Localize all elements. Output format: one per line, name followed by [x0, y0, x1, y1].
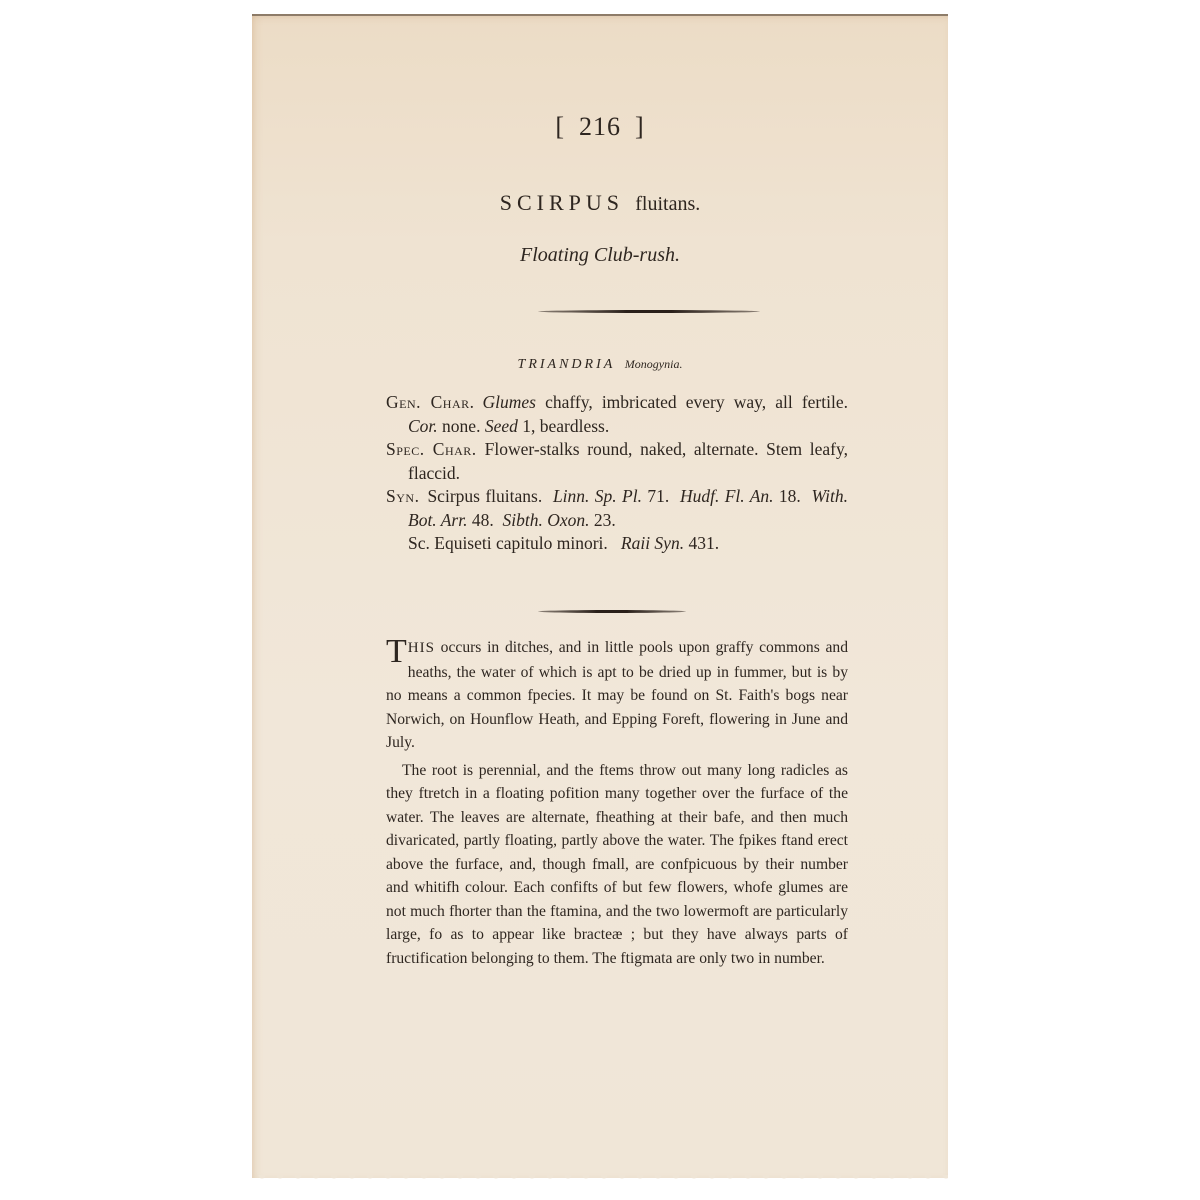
divider-rule — [538, 610, 686, 613]
paragraph-habitat: THIS occurs in ditches, and in little po… — [386, 636, 848, 755]
entry-label: Gen. Char. — [386, 392, 475, 412]
reference: Raii Syn. — [621, 533, 684, 553]
synonyms: Syn.Scirpus fluitans. Linn. Sp. Pl. 71. … — [386, 485, 848, 532]
page-number-value: 216 — [579, 112, 621, 141]
bracket-open: [ — [555, 112, 565, 141]
species-epithet: fluitans. — [635, 193, 700, 215]
bracket-close: ] — [635, 112, 645, 141]
description-text: THIS occurs in ditches, and in little po… — [386, 636, 848, 970]
generic-character: Gen. Char.Glumes chaffy, imbricated ever… — [386, 391, 848, 438]
reference: Hudf. Fl. An. — [680, 486, 774, 506]
entry-label: Syn. — [386, 486, 419, 506]
reference-number: 23. — [594, 510, 616, 530]
linnaean-classification: TRIANDRIA Monogynia. — [252, 357, 948, 373]
drop-cap: T — [386, 642, 407, 662]
divider-rule — [538, 310, 760, 313]
entry-text: none. — [438, 416, 485, 436]
reference-number: 71. — [647, 486, 669, 506]
reference-number: 48. — [472, 510, 494, 530]
book-page: [216] SCIRPUS fluitans. Floating Club-ru… — [252, 14, 948, 1178]
entry-label: Spec. Char. — [386, 439, 477, 459]
reference-number: 431. — [688, 533, 719, 553]
page-number: [216] — [252, 112, 948, 142]
order-name: Monogynia. — [625, 357, 683, 371]
genus-name: SCIRPUS — [500, 190, 624, 215]
entry-text: Scirpus fluitans. — [427, 486, 542, 506]
paragraph-text: occurs in ditches, and in little pools u… — [386, 639, 848, 751]
entry-text: Seed — [485, 416, 518, 436]
reference: Linn. Sp. Pl. — [553, 486, 642, 506]
common-name: Floating Club-rush. — [252, 244, 948, 267]
paragraph-description: The root is perennial, and the ftems thr… — [386, 759, 848, 971]
entry-text: Sc. Equiseti capitulo minori. — [408, 533, 608, 553]
botanical-entries: Gen. Char.Glumes chaffy, imbricated ever… — [386, 391, 848, 556]
entry-text: Cor. — [408, 416, 438, 436]
synonyms-continued: Sc. Equiseti capitulo minori. Raii Syn. … — [386, 532, 848, 556]
entry-text: chaffy, imbricated every way, all fertil… — [536, 392, 848, 412]
class-name: TRIANDRIA — [518, 357, 616, 372]
species-title: SCIRPUS fluitans. — [252, 190, 948, 216]
reference: Sibth. Oxon. — [502, 510, 589, 530]
entry-text: 1, beardless. — [518, 416, 609, 436]
specific-character: Spec. Char.Flower-stalks round, naked, a… — [386, 438, 848, 485]
small-caps-lead: HIS — [408, 640, 435, 656]
entry-text: Glumes — [483, 392, 536, 412]
reference-number: 18. — [779, 486, 801, 506]
